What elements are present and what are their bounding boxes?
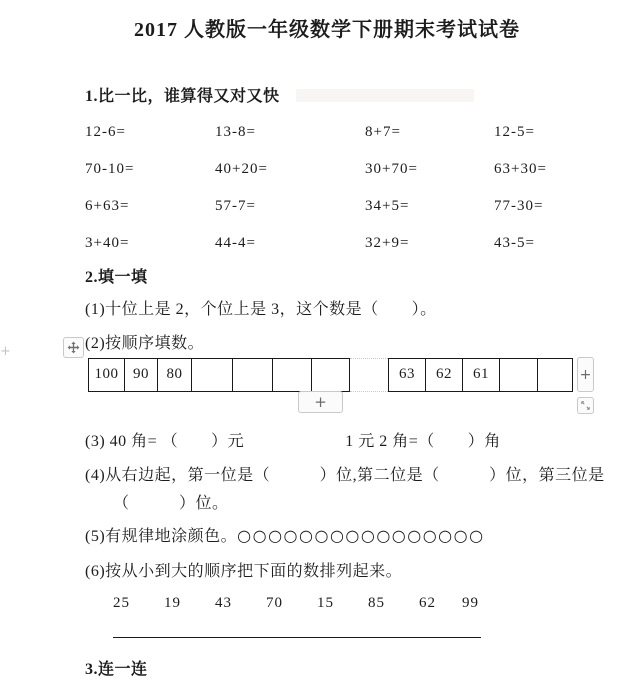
sequence-table-hidden-cells xyxy=(350,358,388,392)
equation-row: 6+63= 57-7= 34+5= 77-30= xyxy=(0,198,618,218)
section2-heading: 2.填一填 xyxy=(85,264,148,287)
plus-icon: + xyxy=(314,393,327,411)
question-3-right: 1 元 2 角=（ ）角 xyxy=(345,433,501,450)
table-move-handle[interactable] xyxy=(63,337,84,358)
sequence-cell[interactable]: 63 xyxy=(389,359,426,391)
sequence-cell[interactable]: 80 xyxy=(158,359,192,391)
sequence-cell[interactable] xyxy=(233,359,273,391)
equation: 44-4= xyxy=(215,235,256,252)
watermark-smudge xyxy=(296,89,474,102)
equation-row: 3+40= 44-4= 32+9= 43-5= xyxy=(0,235,618,255)
anchor-mark-icon: + xyxy=(0,344,11,359)
sequence-cell[interactable] xyxy=(273,359,312,391)
equation: 12-6= xyxy=(85,124,126,141)
question-4-line1: (4)从右边起，第一位是（ ）位,第二位是（ ）位，第三位是 xyxy=(85,462,605,485)
sequence-cell[interactable] xyxy=(192,359,233,391)
sort-number: 15 xyxy=(317,595,334,612)
question-1: (1)十位上是 2，个位上是 3，这个数是（ ）。 xyxy=(85,296,437,319)
equation: 34+5= xyxy=(365,198,409,215)
answer-line xyxy=(113,637,481,638)
equation: 6+63= xyxy=(85,198,129,215)
move-icon xyxy=(67,341,80,354)
section1-heading: 1.比一比，谁算得又对又快 xyxy=(85,83,280,106)
sort-number: 25 xyxy=(113,595,130,612)
insert-row-below-button[interactable]: + xyxy=(298,391,343,413)
resize-icon xyxy=(580,400,591,411)
sequence-cell[interactable]: 61 xyxy=(463,359,500,391)
equation-row: 70-10= 40+20= 30+70= 63+30= xyxy=(0,161,618,181)
equation: 63+30= xyxy=(494,161,547,178)
exam-document-page: 2017 人教版一年级数学下册期末考试试卷 1.比一比，谁算得又对又快 12-6… xyxy=(0,0,618,688)
question-3: (3) 40 角= （ ）元 1 元 2 角=（ ）角 xyxy=(85,428,501,451)
equation-row: 12-6= 13-8= 8+7= 12-5= xyxy=(0,124,618,144)
sort-number: 43 xyxy=(215,595,232,612)
sequence-table-right: 63 62 61 xyxy=(388,358,573,392)
table-resize-handle[interactable] xyxy=(577,397,594,414)
equation: 70-10= xyxy=(85,161,134,178)
question-4-line2: （ ）位。 xyxy=(113,490,229,513)
sequence-table-left: 100 90 80 xyxy=(88,358,350,392)
equation: 32+9= xyxy=(365,235,409,252)
question-5: (5)有规律地涂颜色。○○○○○○○○○○○○○○○○ xyxy=(85,523,485,546)
equation: 30+70= xyxy=(365,161,418,178)
sequence-cell[interactable]: 62 xyxy=(426,359,463,391)
section3-heading: 3.连一连 xyxy=(85,656,148,679)
equation: 12-5= xyxy=(494,124,535,141)
sequence-cell[interactable] xyxy=(538,359,572,391)
question-2: (2)按顺序填数。 xyxy=(85,330,204,353)
sequence-cell[interactable] xyxy=(312,359,349,391)
equation: 40+20= xyxy=(215,161,268,178)
equation: 77-30= xyxy=(494,198,543,215)
sort-number: 99 xyxy=(462,595,479,612)
question-3-left: (3) 40 角= （ ）元 xyxy=(85,433,244,450)
plus-icon: + xyxy=(580,367,592,383)
sequence-cell[interactable] xyxy=(500,359,538,391)
equation: 3+40= xyxy=(85,235,129,252)
equation: 8+7= xyxy=(365,124,401,141)
sequence-cell[interactable]: 100 xyxy=(89,359,125,391)
equation: 13-8= xyxy=(215,124,256,141)
sort-number: 85 xyxy=(368,595,385,612)
question-6: (6)按从小到大的顺序把下面的数排列起来。 xyxy=(85,558,402,581)
document-title: 2017 人教版一年级数学下册期末考试试卷 xyxy=(0,13,618,42)
pattern-circles: ○○○○○○○○○○○○○○○○ xyxy=(237,526,484,545)
sort-number: 70 xyxy=(266,595,283,612)
sort-number: 19 xyxy=(164,595,181,612)
equation: 43-5= xyxy=(494,235,535,252)
sort-number: 62 xyxy=(419,595,436,612)
insert-column-right-button[interactable]: + xyxy=(577,357,594,392)
sequence-cell[interactable]: 90 xyxy=(125,359,158,391)
question-5-label: (5)有规律地涂颜色。 xyxy=(85,528,237,545)
equation: 57-7= xyxy=(215,198,256,215)
